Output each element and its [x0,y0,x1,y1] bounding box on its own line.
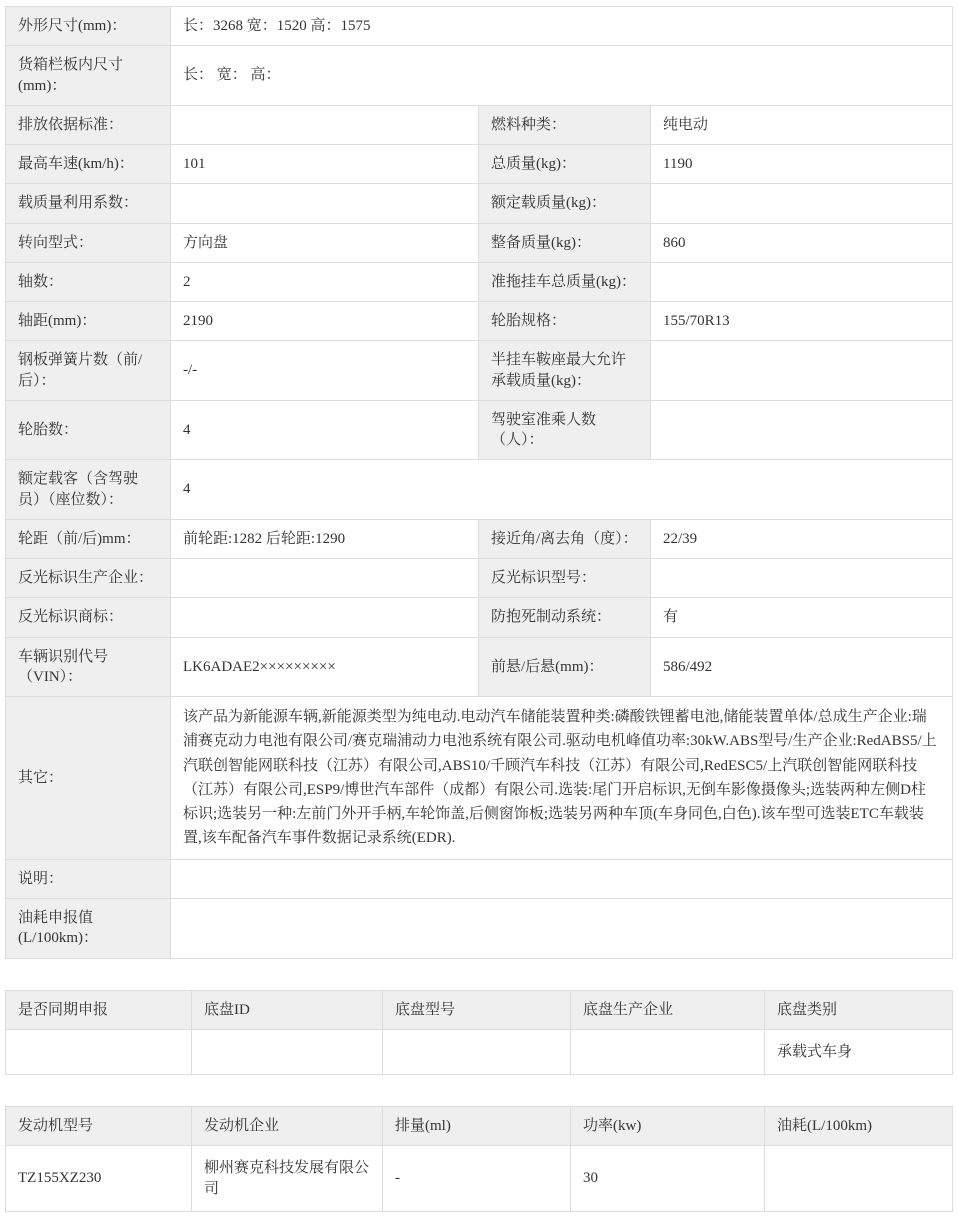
spec-row-axles-trailer: 轴数： 2 准拖挂车总质量(kg)： [6,262,953,301]
spec-label: 钢板弹簧片数（前/后）： [6,341,171,401]
engine-data-row: TZ155XZ230 柳州赛克科技发展有限公司 - 30 [6,1146,953,1212]
spec-row-vin-overhang: 车辆识别代号（VIN）： LK6ADAE2××××××××× 前悬/后悬(mm)… [6,637,953,697]
spec-value: 前轮距:1282 后轮距:1290 [171,519,479,558]
spec-row-tirecount-cabseats: 轮胎数： 4 驾驶室准乘人数（人）： [6,400,953,460]
spec-label: 轮距（前/后)mm： [6,519,171,558]
spec-row-seating: 额定载客（含驾驶员）（座位数）： 4 [6,460,953,520]
spec-label: 接近角/离去角（度）： [479,519,651,558]
spec-label: 反光标识商标： [6,598,171,637]
chassis-data-row: 承载式车身 [6,1029,953,1074]
spec-label: 最高车速(km/h)： [6,145,171,184]
spec-value [171,105,479,144]
spec-label: 燃料种类： [479,105,651,144]
spec-label: 说明： [6,859,171,898]
spec-row-cargo-box: 货箱栏板内尺寸(mm)： 长： 宽： 高： [6,46,953,106]
spec-value: 纯电动 [651,105,953,144]
spec-label: 前悬/后悬(mm)： [479,637,651,697]
spec-value: 长：3268 宽：1520 高：1575 [171,7,953,46]
spec-label: 货箱栏板内尺寸(mm)： [6,46,171,106]
spec-value [651,400,953,460]
spec-value [651,184,953,223]
spec-value [171,598,479,637]
spec-value-other: 该产品为新能源车辆,新能源类型为纯电动.电动汽车储能装置种类:磷酸铁锂蓄电池,储… [171,697,953,860]
engine-header: 油耗(L/100km) [765,1107,953,1146]
spec-row-reflective-maker-model: 反光标识生产企业： 反光标识型号： [6,559,953,598]
engine-cell [765,1146,953,1212]
chassis-cell [192,1029,383,1074]
spec-row-emission-fuel: 排放依据标准： 燃料种类： 纯电动 [6,105,953,144]
spec-row-notes: 说明： [6,859,953,898]
spec-label: 防抱死制动系统： [479,598,651,637]
spec-row-load-factor: 载质量利用系数： 额定载质量(kg)： [6,184,953,223]
spec-row-fuel-declared: 油耗申报值(L/100km)： [6,899,953,959]
spec-value: 22/39 [651,519,953,558]
spec-value [171,859,953,898]
chassis-cell [6,1029,192,1074]
spec-value: 方向盘 [171,223,479,262]
spec-value [651,341,953,401]
spec-value: 101 [171,145,479,184]
engine-header: 发动机型号 [6,1107,192,1146]
chassis-cell [383,1029,571,1074]
spec-label: 轴数： [6,262,171,301]
spec-label: 额定载客（含驾驶员）（座位数）： [6,460,171,520]
spec-label: 排放依据标准： [6,105,171,144]
engine-cell: 柳州赛克科技发展有限公司 [192,1146,383,1212]
engine-header: 排量(ml) [383,1107,571,1146]
spec-label: 反光标识型号： [479,559,651,598]
chassis-cell [571,1029,765,1074]
spec-label: 反光标识生产企业： [6,559,171,598]
spec-value: 长： 宽： 高： [171,46,953,106]
engine-cell: - [383,1146,571,1212]
spec-label: 总质量(kg)： [479,145,651,184]
spec-label: 额定载质量(kg)： [479,184,651,223]
spec-label: 准拖挂车总质量(kg)： [479,262,651,301]
chassis-header-row: 是否同期申报 底盘ID 底盘型号 底盘生产企业 底盘类别 [6,990,953,1029]
spec-row-steering-curb: 转向型式： 方向盘 整备质量(kg)： 860 [6,223,953,262]
spec-value: LK6ADAE2××××××××× [171,637,479,697]
chassis-cell: 承载式车身 [765,1029,953,1074]
engine-header-row: 发动机型号 发动机企业 排量(ml) 功率(kw) 油耗(L/100km) [6,1107,953,1146]
spec-row-wheelbase-tires: 轴距(mm)： 2190 轮胎规格： 155/70R13 [6,302,953,341]
spec-value: 2190 [171,302,479,341]
chassis-header: 底盘类别 [765,990,953,1029]
spec-label: 整备质量(kg)： [479,223,651,262]
spec-label: 轮胎规格： [479,302,651,341]
chassis-header: 底盘生产企业 [571,990,765,1029]
spec-label: 转向型式： [6,223,171,262]
spec-label: 车辆识别代号（VIN）： [6,637,171,697]
spec-value [171,184,479,223]
spec-value: 155/70R13 [651,302,953,341]
spec-label: 载质量利用系数： [6,184,171,223]
spec-value: -/- [171,341,479,401]
engine-cell: 30 [571,1146,765,1212]
chassis-header: 底盘型号 [383,990,571,1029]
chassis-table: 是否同期申报 底盘ID 底盘型号 底盘生产企业 底盘类别 承载式车身 [5,990,953,1076]
spec-row-other: 其它： 该产品为新能源车辆,新能源类型为纯电动.电动汽车储能装置种类:磷酸铁锂蓄… [6,697,953,860]
chassis-header: 底盘ID [192,990,383,1029]
spec-value [651,262,953,301]
spec-value: 有 [651,598,953,637]
engine-cell: TZ155XZ230 [6,1146,192,1212]
spec-value [171,899,953,959]
spec-label: 其它： [6,697,171,860]
spec-value: 586/492 [651,637,953,697]
spec-value: 2 [171,262,479,301]
engine-table: 发动机型号 发动机企业 排量(ml) 功率(kw) 油耗(L/100km) TZ… [5,1106,953,1212]
spec-value [171,559,479,598]
spec-label: 油耗申报值(L/100km)： [6,899,171,959]
spec-row-springs-saddle: 钢板弹簧片数（前/后）： -/- 半挂车鞍座最大允许承载质量(kg)： [6,341,953,401]
spec-row-speed-mass: 最高车速(km/h)： 101 总质量(kg)： 1190 [6,145,953,184]
spec-label: 半挂车鞍座最大允许承载质量(kg)： [479,341,651,401]
spec-row-dimensions: 外形尺寸(mm)： 长：3268 宽：1520 高：1575 [6,7,953,46]
vehicle-spec-table: 外形尺寸(mm)： 长：3268 宽：1520 高：1575 货箱栏板内尺寸(m… [5,6,953,959]
spec-label: 外形尺寸(mm)： [6,7,171,46]
spec-label: 轮胎数： [6,400,171,460]
spec-label: 驾驶室准乘人数（人）： [479,400,651,460]
engine-header: 发动机企业 [192,1107,383,1146]
spec-label: 轴距(mm)： [6,302,171,341]
spec-value: 4 [171,400,479,460]
spec-value: 1190 [651,145,953,184]
chassis-header: 是否同期申报 [6,990,192,1029]
spec-row-reflective-brand-abs: 反光标识商标： 防抱死制动系统： 有 [6,598,953,637]
spec-value: 4 [171,460,953,520]
spec-row-track-angles: 轮距（前/后)mm： 前轮距:1282 后轮距:1290 接近角/离去角（度）：… [6,519,953,558]
spec-value: 860 [651,223,953,262]
engine-header: 功率(kw) [571,1107,765,1146]
spec-value [651,559,953,598]
